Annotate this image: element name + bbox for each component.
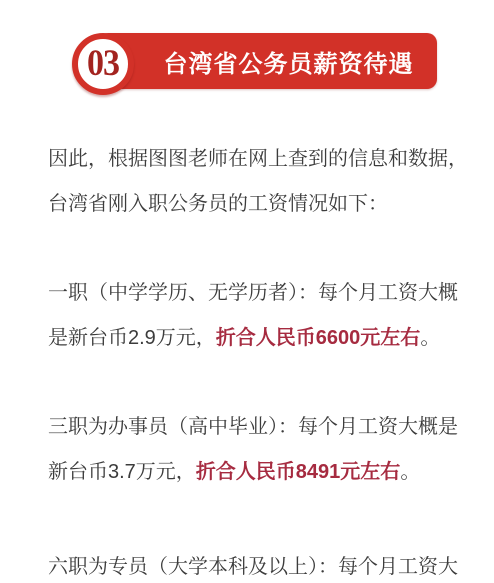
grade6-salary-paragraph: 六职为专员（大学本科及以上）：每个月工资大 — [48, 545, 458, 583]
rmb-8491-highlight: 折合人民币8491元左右 — [196, 461, 401, 483]
text-segment: 。 — [420, 327, 440, 349]
text-segment: 新台币3.7万元， — [48, 461, 196, 483]
text-line: 三职为办事员（高中毕业）：每个月工资大概是 — [48, 405, 458, 450]
section-number-badge: 03 — [72, 33, 134, 95]
text-segment: 是新台币2.9万元， — [48, 327, 216, 349]
rmb-6600-highlight: 折合人民币6600元左右 — [216, 327, 421, 349]
section-title-banner: 台湾省公务员薪资待遇 — [98, 33, 437, 89]
text-line: 一职（中学学历、无学历者）：每个月工资大概 — [48, 271, 458, 316]
section-number: 03 — [87, 43, 119, 84]
text-line: 台湾省刚入职公务员的工资情况如下： — [48, 182, 458, 227]
section-title: 台湾省公务员薪资待遇 — [164, 44, 414, 79]
text-line: 六职为专员（大学本科及以上）：每个月工资大 — [48, 545, 458, 583]
article-body: 因此，根据图图老师在网上查到的信息和数据， 台湾省刚入职公务员的工资情况如下： … — [48, 137, 458, 583]
grade3-salary-paragraph: 三职为办事员（高中毕业）：每个月工资大概是 新台币3.7万元，折合人民币8491… — [48, 405, 458, 495]
text-line: 是新台币2.9万元，折合人民币6600元左右。 — [48, 316, 458, 361]
text-line: 因此，根据图图老师在网上查到的信息和数据， — [48, 137, 458, 182]
grade1-salary-paragraph: 一职（中学学历、无学历者）：每个月工资大概 是新台币2.9万元，折合人民币660… — [48, 271, 458, 361]
article-page: 台湾省公务员薪资待遇 03 因此，根据图图老师在网上查到的信息和数据， 台湾省刚… — [0, 0, 494, 583]
text-line: 新台币3.7万元，折合人民币8491元左右。 — [48, 450, 458, 495]
text-segment: 。 — [400, 461, 420, 483]
intro-paragraph: 因此，根据图图老师在网上查到的信息和数据， 台湾省刚入职公务员的工资情况如下： — [48, 137, 458, 227]
